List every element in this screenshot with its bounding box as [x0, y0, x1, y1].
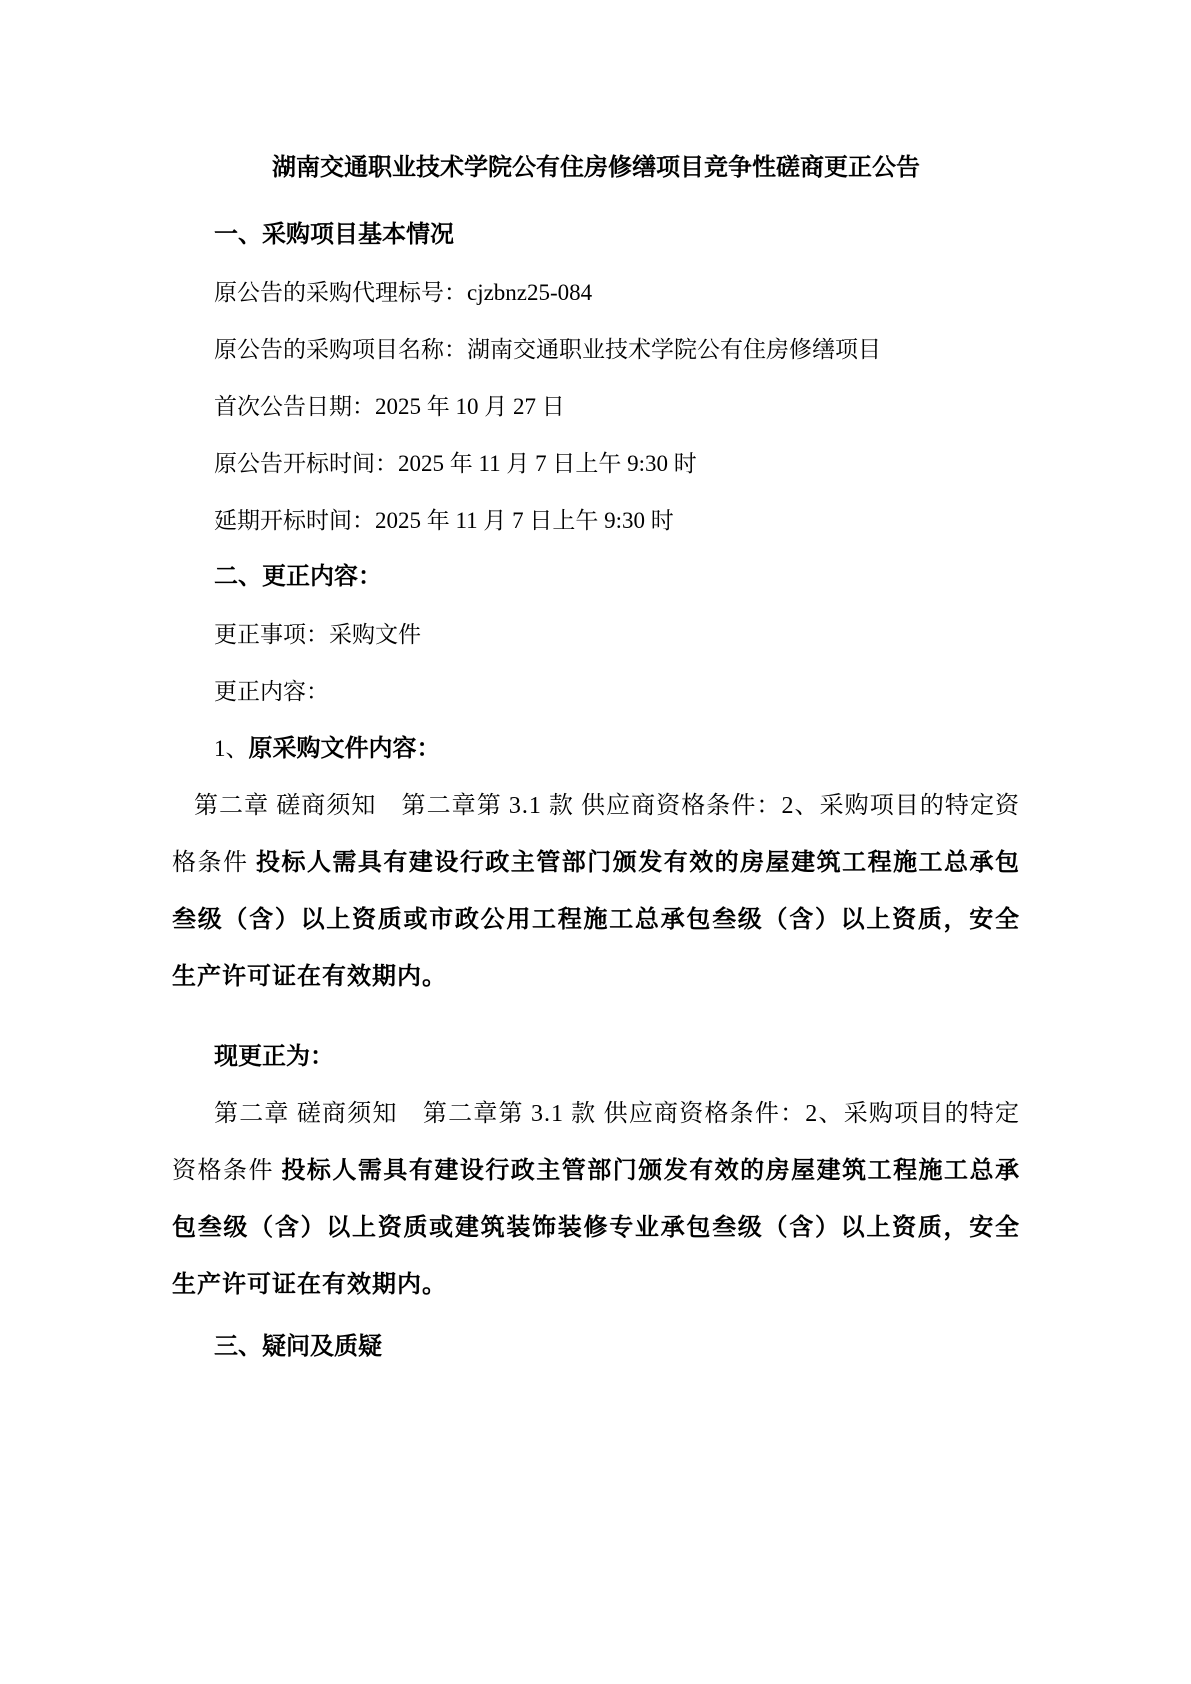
field-correction-item: 更正事项：采购文件 — [172, 606, 1020, 663]
original-clause-paragraph: 第二章 磋商须知 第二章第 3.1 款 供应商资格条件：2、采购项目的特定资格条… — [172, 778, 1020, 1006]
field-original-bid-opening-time: 原公告开标时间：2025 年 11 月 7 日上午 9:30 时 — [172, 435, 1020, 492]
corrected-clause-requirement: 投标人需具有建设行政主管部门颁发有效的房屋建筑工程施工总承包叁级（含）以上资质或… — [172, 1158, 1020, 1298]
field-first-announcement-date-label: 首次公告日期： — [214, 394, 375, 419]
original-content-heading: 1、原采购文件内容： — [172, 720, 1020, 778]
field-original-bid-opening-time-value: 2025 年 11 月 7 日上午 9:30 时 — [398, 451, 697, 476]
field-project-name: 原公告的采购项目名称：湖南交通职业技术学院公有住房修缮项目 — [172, 321, 1020, 378]
original-content-number: 1、 — [214, 736, 249, 761]
field-postponed-bid-opening-time: 延期开标时间：2025 年 11 月 7 日上午 9:30 时 — [172, 492, 1020, 549]
field-project-name-label: 原公告的采购项目名称： — [214, 337, 467, 362]
original-clause-requirement: 投标人需具有建设行政主管部门颁发有效的房屋建筑工程施工总承包叁级（含）以上资质或… — [172, 850, 1020, 990]
field-agency-ref-label: 原公告的采购代理标号： — [214, 280, 467, 305]
document-page: 湖南交通职业技术学院公有住房修缮项目竞争性磋商更正公告 一、采购项目基本情况 原… — [0, 0, 1191, 1684]
field-first-announcement-date-value: 2025 年 10 月 27 日 — [375, 394, 565, 419]
field-agency-ref-number: 原公告的采购代理标号：cjzbnz25-084 — [172, 264, 1020, 321]
field-agency-ref-value: cjzbnz25-084 — [467, 280, 592, 305]
field-correction-item-label: 更正事项： — [214, 622, 329, 647]
field-correction-item-value: 采购文件 — [329, 622, 421, 647]
field-original-bid-opening-time-label: 原公告开标时间： — [214, 451, 398, 476]
document-title: 湖南交通职业技术学院公有住房修缮项目竞争性磋商更正公告 — [172, 140, 1020, 197]
field-correction-content-label: 更正内容： — [172, 663, 1020, 720]
section-heading-questions: 三、疑问及质疑 — [172, 1319, 1020, 1376]
section-heading-correction: 二、更正内容： — [172, 549, 1020, 606]
field-first-announcement-date: 首次公告日期：2025 年 10 月 27 日 — [172, 378, 1020, 435]
corrected-clause-paragraph: 第二章 磋商须知 第二章第 3.1 款 供应商资格条件：2、采购项目的特定资格条… — [172, 1086, 1020, 1314]
field-postponed-bid-opening-time-label: 延期开标时间： — [214, 508, 375, 533]
field-postponed-bid-opening-time-value: 2025 年 11 月 7 日上午 9:30 时 — [375, 508, 674, 533]
section-heading-basic-info: 一、采购项目基本情况 — [172, 207, 1020, 264]
field-project-name-value: 湖南交通职业技术学院公有住房修缮项目 — [467, 337, 881, 362]
original-content-heading-text: 原采购文件内容： — [249, 736, 441, 762]
corrected-content-heading: 现更正为： — [172, 1029, 1020, 1086]
